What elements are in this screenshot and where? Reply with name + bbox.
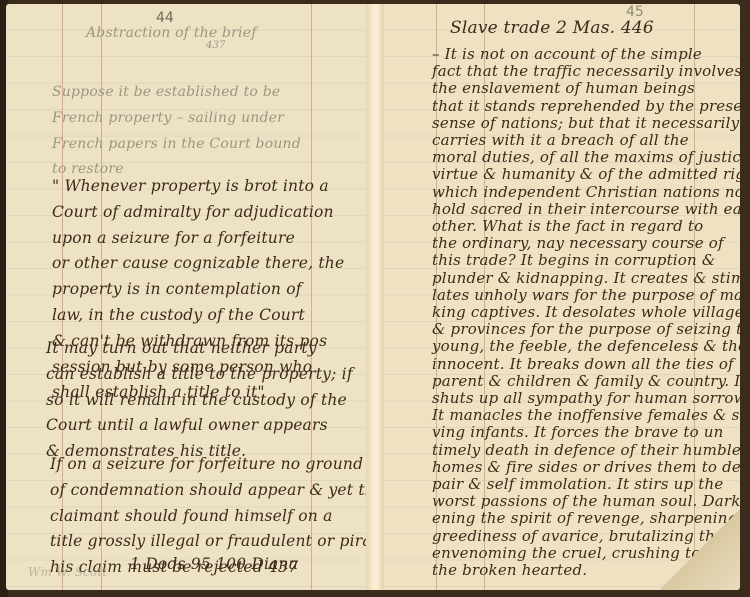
pencil-note: Suppose it be established to be French p…	[52, 80, 301, 183]
paragraph-custody: It may turn out that neither party can e…	[46, 336, 353, 465]
page-title: Slave trade 2 Mas. 446	[450, 16, 654, 42]
pencil-subnote: 437	[206, 40, 226, 52]
right-page: 45 Slave trade 2 Mas. 446 – It is not on…	[378, 4, 740, 590]
pencil-header: Abstraction of the brief	[86, 21, 257, 47]
notebook: 44 Abstraction of the brief 437 Suppose …	[0, 0, 750, 597]
gutter	[366, 4, 384, 590]
slave-trade-passage: – It is not on account of the simple fac…	[432, 46, 740, 579]
citation: 1 Dods 95 100 Diana	[130, 552, 298, 578]
left-page: 44 Abstraction of the brief 437 Suppose …	[6, 4, 372, 590]
folded-corner	[660, 510, 740, 590]
faint-signature: Wm W. Scott	[28, 560, 107, 586]
